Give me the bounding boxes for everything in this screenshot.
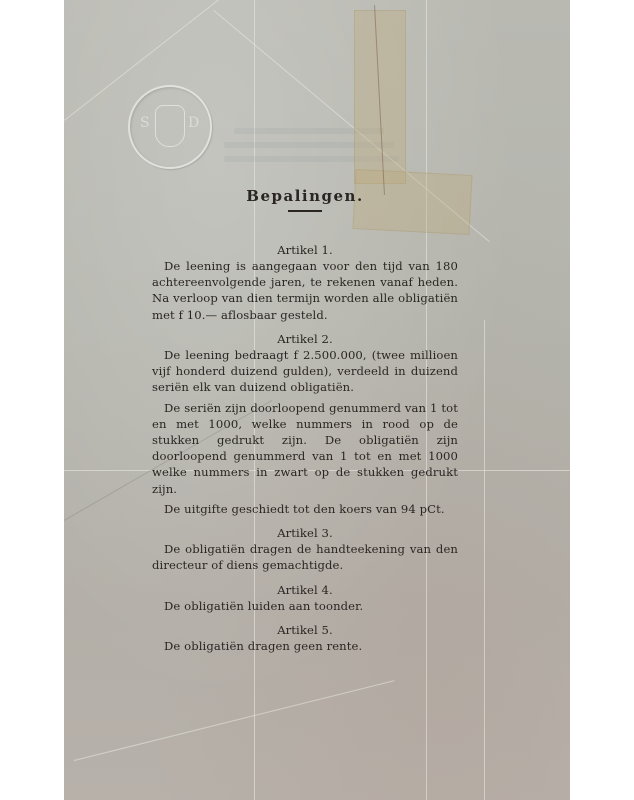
seal-letter-right: D xyxy=(188,115,199,131)
repair-tape-vertical xyxy=(354,10,406,184)
article-heading: Artikel 4. xyxy=(152,582,458,598)
article-paragraph: De seriën zijn doorloopend genummerd van… xyxy=(152,400,458,497)
article-paragraph: De obligatiën dragen de handteekening va… xyxy=(152,541,458,573)
article-paragraph: De leening is aangegaan voor den tijd va… xyxy=(152,258,458,323)
article-2: Artikel 2. De leening bedraagt f 2.500.0… xyxy=(152,331,458,517)
article-heading: Artikel 1. xyxy=(152,242,458,258)
article-paragraph: De leening bedraagt f 2.500.000, (twee m… xyxy=(152,347,458,396)
paper-crease xyxy=(484,320,485,800)
article-heading: Artikel 2. xyxy=(152,331,458,347)
article-5: Artikel 5. De obligatiën dragen geen ren… xyxy=(152,622,458,654)
document-paper: S D Bepalingen. Artikel 1. De leening is… xyxy=(64,0,570,800)
title-divider xyxy=(288,210,322,212)
document-title: Bepalingen. xyxy=(152,188,458,204)
paper-crease xyxy=(74,680,394,761)
seal-letter-left: S xyxy=(140,115,150,131)
document-body: Bepalingen. Artikel 1. De leening is aan… xyxy=(152,188,458,654)
article-heading: Artikel 3. xyxy=(152,525,458,541)
article-paragraph: De obligatiën dragen geen rente. xyxy=(152,638,458,654)
article-1: Artikel 1. De leening is aangegaan voor … xyxy=(152,242,458,323)
article-paragraph: De uitgifte geschiedt tot den koers van … xyxy=(152,501,458,517)
article-heading: Artikel 5. xyxy=(152,622,458,638)
article-3: Artikel 3. De obligatiën dragen de handt… xyxy=(152,525,458,574)
coat-of-arms-icon xyxy=(155,105,185,147)
article-4: Artikel 4. De obligatiën luiden aan toon… xyxy=(152,582,458,614)
embossed-seal-icon: S D xyxy=(128,85,212,169)
article-paragraph: De obligatiën luiden aan toonder. xyxy=(152,598,458,614)
